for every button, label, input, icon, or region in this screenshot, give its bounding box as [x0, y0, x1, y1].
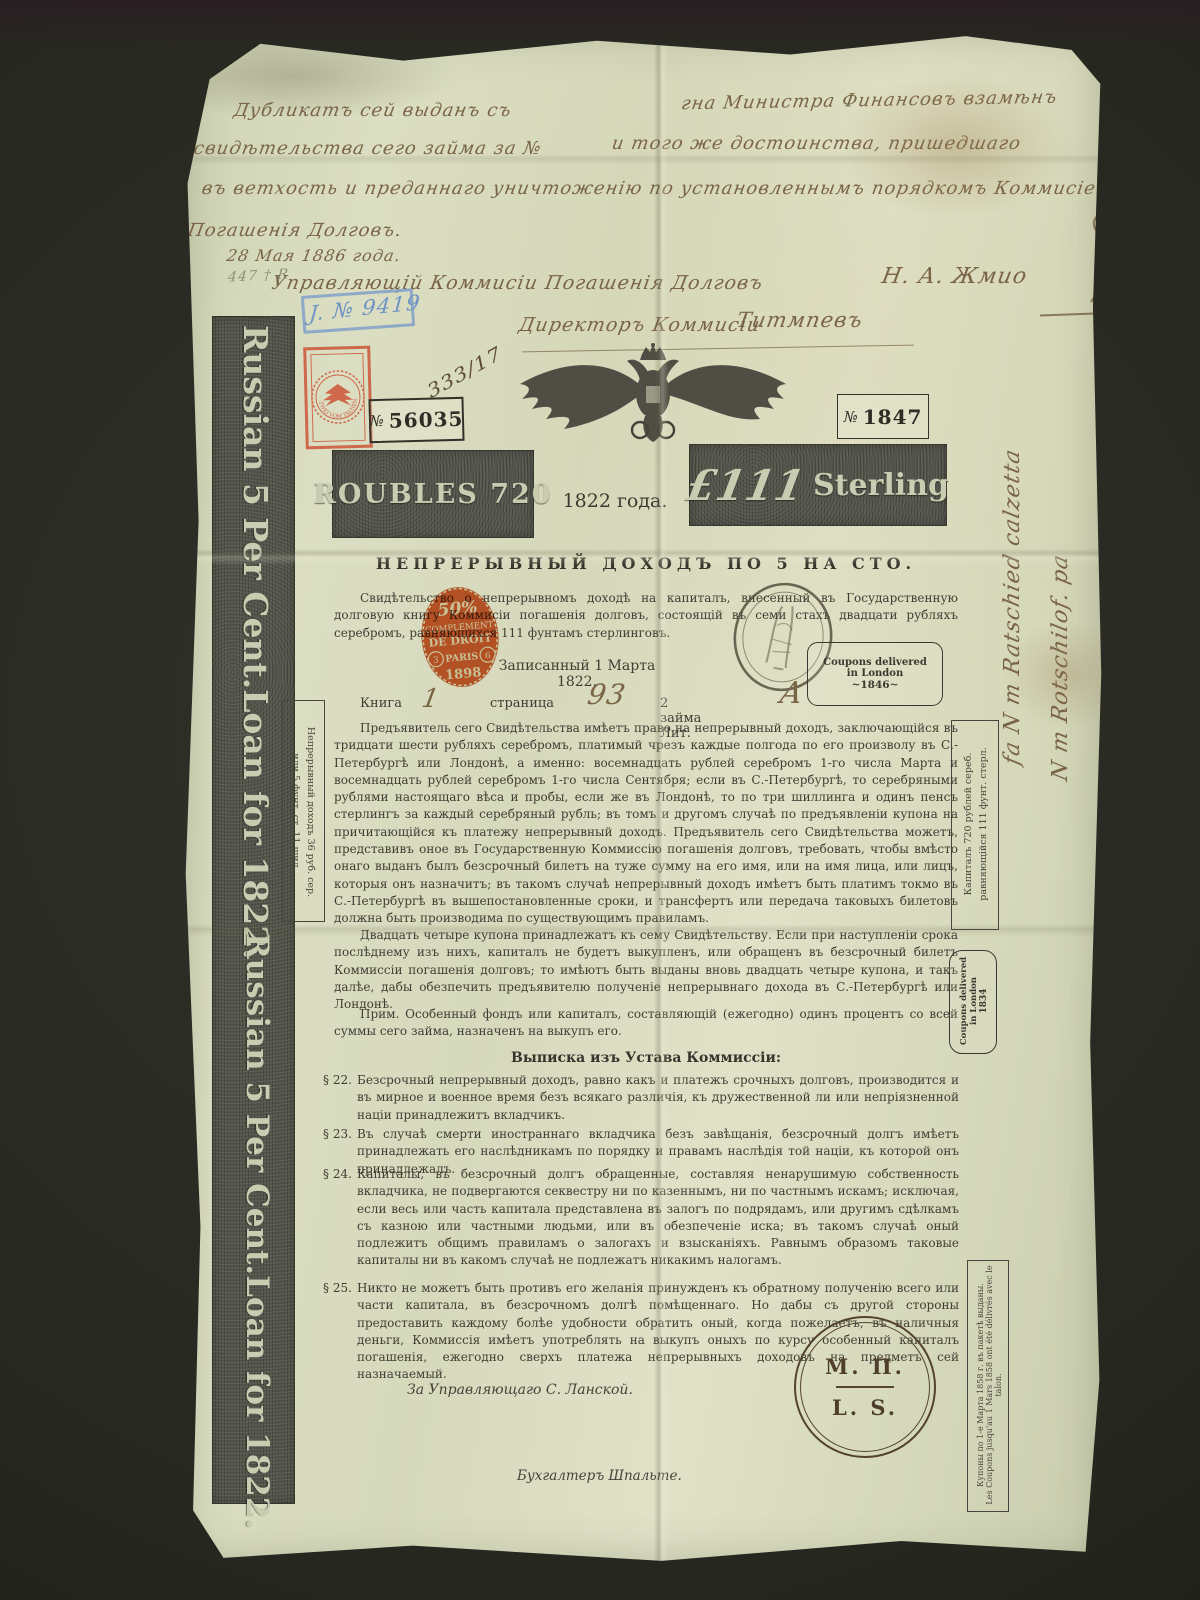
red-revenue-stamp: ZWEI VOM TAUSEND	[303, 345, 374, 450]
margin-handwriting-line2: N m Rotschilof. pa	[1048, 348, 1073, 783]
banner-text-bottom: Russian 5 Per Cent.Loan for 1822.	[239, 933, 275, 1505]
handwritten-line: Дубликатъ сей выданъ съ	[232, 100, 513, 121]
charter-section-22: § 22. Безсрочный непрерывный доходъ, рав…	[323, 1072, 959, 1124]
left-note-line2: или 5 фунт. ст. 11 шил.	[288, 706, 303, 918]
signature-flourish	[1077, 198, 1139, 310]
coupons-delivered-1846-stamp: Coupons delivered in London 1846	[807, 642, 943, 706]
book-value: 1	[419, 684, 442, 714]
coupons-line1: Coupons delivered	[959, 951, 969, 1051]
numero-sign: №	[844, 408, 858, 426]
sterling-value-box: £111 Sterling	[689, 444, 947, 526]
stamp-num-left: 3	[433, 655, 439, 665]
charter-heading: Выписка изъ Устава Коммиссіи:	[334, 1050, 958, 1066]
banner-text-top: Russian 5 Per Cent.Loan for 1822.	[236, 325, 275, 925]
document-title: НЕПРЕРЫВНЫЙ ДОХОДЪ ПО 5 НА СТО.	[334, 554, 958, 573]
seal-bottom-text: L. S.	[832, 1395, 898, 1420]
director-signature: Титмпевъ	[735, 308, 865, 332]
margin-handwriting-line1: fa N m Ratschied calzetta	[1000, 330, 1025, 767]
ink-fraction-note: 333/17	[424, 341, 506, 402]
coupons-year: 1846	[852, 679, 899, 691]
director-title: Директоръ Коммисіи	[517, 314, 762, 336]
right-note-line2: равняющійся 111 фунт. стерл.	[976, 721, 991, 927]
coupons-line2: in London	[969, 951, 979, 1051]
sterling-word: Sterling	[813, 468, 949, 503]
handwritten-line: и того же достоинства, пришедшаго	[610, 133, 1023, 154]
manager-signature: Н. А. Жмио	[880, 264, 1030, 289]
bearer-rights-paragraph: Предъявитель сего Свидѣтельства имѣетъ п…	[334, 720, 958, 928]
left-note-line1: Непрерывный доходъ 36 руб. сер.	[303, 706, 318, 918]
registered-line: Записанный 1 Марта 1822.	[487, 658, 667, 690]
year-label: 1822 года.	[550, 490, 680, 512]
coupons-line2: in London	[847, 668, 903, 679]
book-label: Книга	[360, 696, 402, 711]
coupon-cut-note: Купоны по 1-е Марта 1858 г. въ пакетѣ вы…	[976, 1262, 1003, 1508]
seal-divider	[836, 1386, 894, 1388]
page-label: страница	[490, 696, 554, 711]
stamp-year: 1898	[445, 665, 482, 683]
roubles-amount: ROUBLES 720	[313, 479, 552, 510]
handwritten-line: въ ветхость и преданнаго уничтоженію по …	[200, 178, 1115, 199]
coupons-1834-text: Coupons delivered in London 1834	[959, 951, 989, 1051]
manager-printed-signature: За Управляющаго С. Ланской.	[407, 1382, 633, 1398]
right-note-line1: Капиталъ 720 рублей сереб.	[961, 721, 976, 927]
charter-section-24: § 24. Капиталы, въ безсрочный долгъ обра…	[323, 1166, 959, 1270]
serial-number-left: № 56035	[368, 397, 464, 443]
serial-left-value: 56035	[389, 407, 464, 433]
coupons-paragraph: Двадцать четыре купона принадлежатъ къ с…	[334, 927, 958, 1013]
handwritten-line: свидѣтельства сего займа за №	[192, 138, 543, 159]
right-margin-note: Капиталъ 720 рублей сереб. равняющійся 1…	[961, 721, 991, 927]
coupon-cut-ru: Купоны по 1-е Марта 1858 г. въ пакетѣ вы…	[976, 1262, 985, 1508]
note-paragraph: Прим. Особенный фондъ или капиталъ, сост…	[334, 1006, 958, 1041]
seal-top-text: М. П.	[825, 1354, 905, 1379]
stamp-percent: 50%	[437, 597, 478, 620]
series-value: А	[777, 676, 807, 711]
photo-background: Дубликатъ сей выданъ съ гна Министра Фин…	[0, 0, 1200, 1600]
sterling-amount: £111	[683, 461, 809, 510]
coupons-line1: Coupons delivered	[823, 657, 927, 668]
section-label: § 25.	[323, 1280, 352, 1297]
handwritten-line: гна Министра Финансовъ взамѣнъ	[680, 87, 1059, 115]
bond-certificate-paper: Дубликатъ сей выданъ съ гна Министра Фин…	[182, 30, 1104, 1564]
handwritten-line: Погашенія Долговъ.	[186, 220, 404, 241]
section-text: Капиталы, въ безсрочный долгъ обращенные…	[357, 1167, 959, 1267]
manager-title: Управляющій Коммисіи Погашенія Долговъ	[270, 272, 765, 294]
section-label: § 22.	[323, 1072, 352, 1089]
coupon-cut-fr: Les Coupons jusqu'au 1 Mars 1858 ont été…	[985, 1262, 1003, 1508]
signature-rule	[1040, 310, 1182, 317]
imperial-eagle-icon	[512, 342, 794, 444]
accountant-signature: Бухгалтеръ Шпальте.	[517, 1468, 682, 1484]
left-margin-note: Непрерывный доходъ 36 руб. сер. или 5 фу…	[288, 706, 318, 918]
numero-sign: №	[369, 412, 384, 430]
page-value: 93	[585, 678, 629, 711]
roubles-value-box: ROUBLES 720	[332, 450, 534, 538]
ls-seal: М. П. L. S.	[794, 1316, 936, 1458]
serial-number-right: № 1847	[837, 394, 929, 439]
pencil-note: 447 † R	[227, 266, 290, 285]
stamp-eagle-icon	[323, 384, 354, 407]
handwritten-date: 28 Мая 1886 года.	[225, 246, 402, 265]
section-label: § 24.	[323, 1166, 352, 1183]
serial-right-value: 1847	[863, 405, 923, 429]
coupons-year: 1834	[979, 951, 989, 1051]
section-label: § 23.	[323, 1126, 352, 1143]
section-text: Безсрочный непрерывный доходъ, равно как…	[357, 1073, 959, 1122]
